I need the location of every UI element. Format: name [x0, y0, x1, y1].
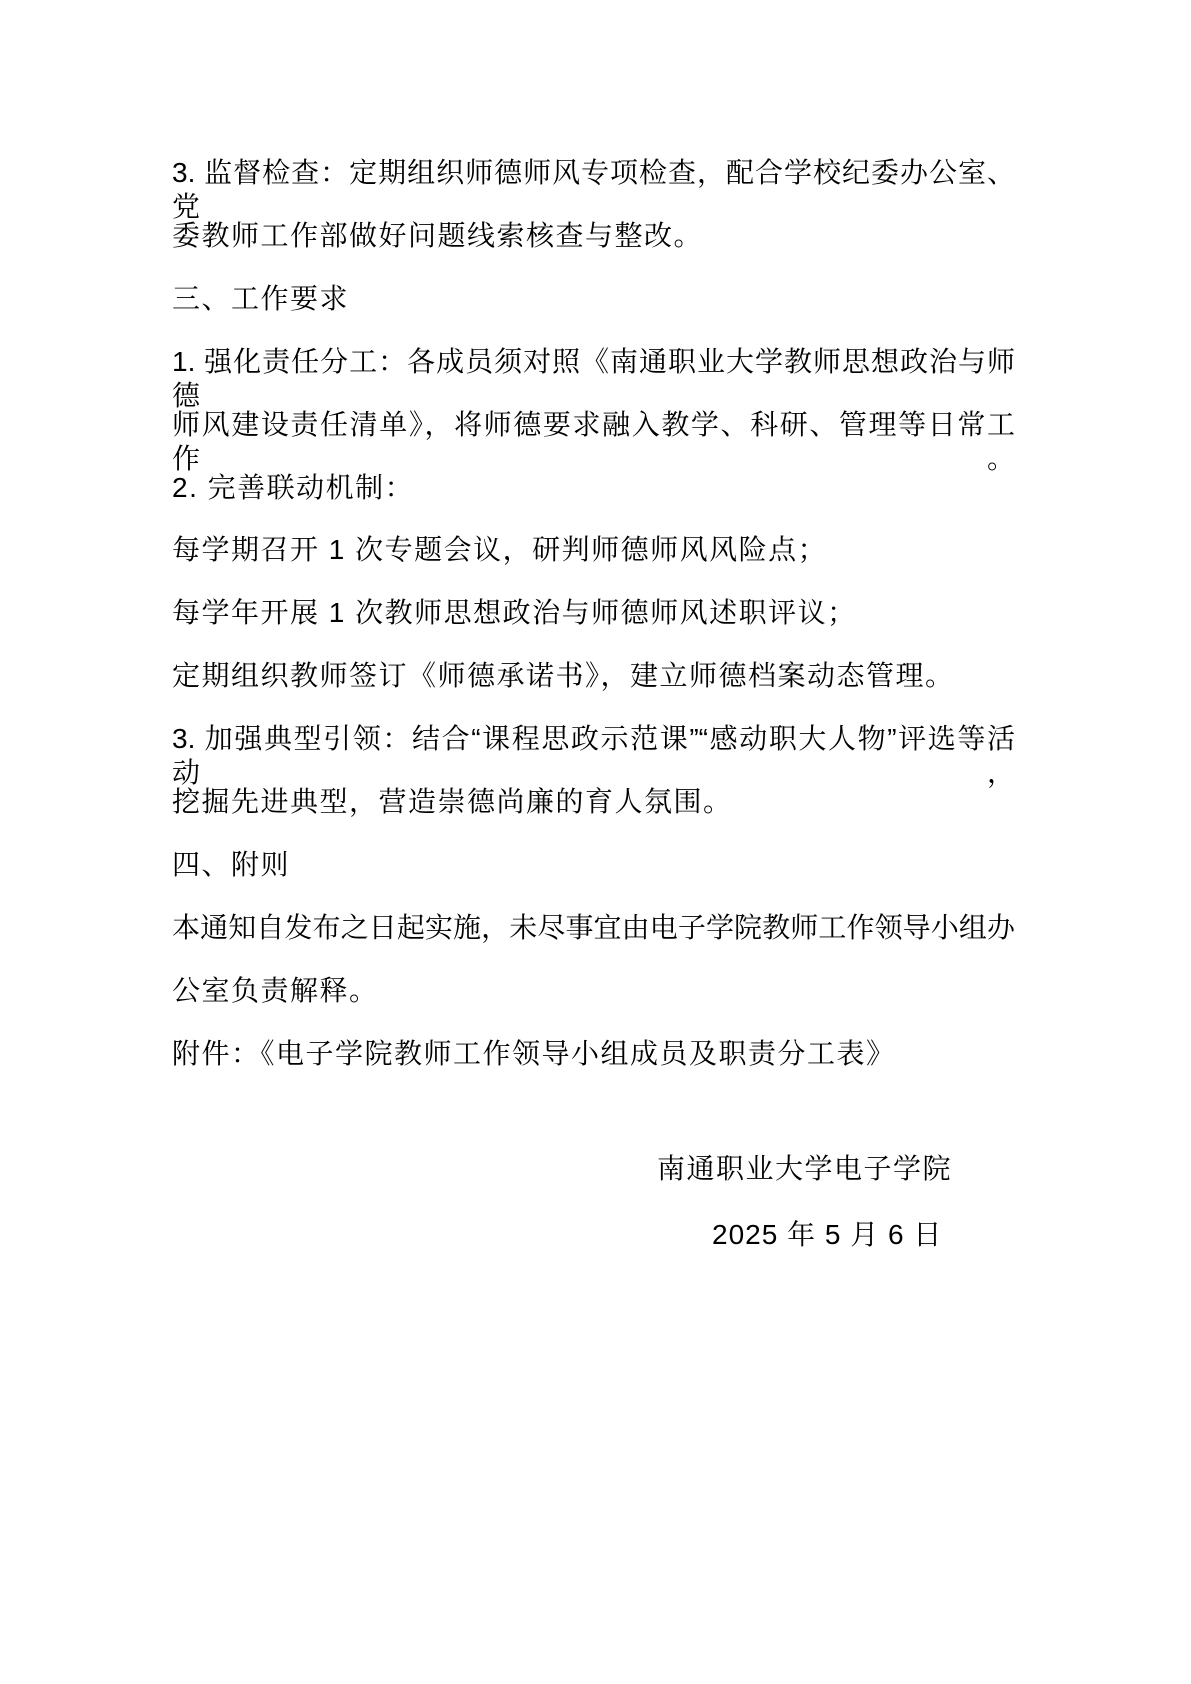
signature-date: 2025 年 5 月 6 日 [712, 1218, 942, 1252]
body-line: 2. 完善联动机制： [172, 471, 414, 507]
body-line: 挖掘先进典型，营造崇德尚廉的育人氛围。 [172, 785, 733, 821]
section-heading: 四、附则 [172, 848, 290, 884]
signature-org: 南通职业大学电子学院 [657, 1152, 952, 1186]
section-heading: 三、工作要求 [172, 282, 349, 318]
body-line: 本通知自发布之日起实施，未尽事宜由电子学院教师工作领导小组办 [172, 911, 1015, 947]
body-line: 每学年开展 1 次教师思想政治与师德师风述职评议； [172, 596, 857, 632]
body-line: 定期组织教师签订《师德承诺书》，建立师德档案动态管理。 [172, 659, 955, 695]
body-line: 师风建设责任清单》，将师德要求融入教学、科研、管理等日常工作。 [172, 408, 1015, 444]
body-line: 3. 监督检查：定期组织师德师风专项检查，配合学校纪委办公室、党 [172, 156, 1015, 192]
body-line: 每学期召开 1 次专题会议，研判师德师风风险点； [172, 533, 827, 569]
body-line: 委教师工作部做好问题线索核查与整改。 [172, 219, 703, 255]
document-page: 3. 监督检查：定期组织师德师风专项检查，配合学校纪委办公室、党 委教师工作部做… [0, 0, 1191, 1684]
body-line: 公室负责解释。 [172, 974, 379, 1010]
body-line: 3. 加强典型引领：结合“课程思政示范课”“感动职大人物”评选等活动， [172, 722, 1015, 758]
body-line: 1. 强化责任分工：各成员须对照《南通职业大学教师思想政治与师德 [172, 345, 1015, 381]
attachment-line: 附件：《电子学院教师工作领导小组成员及职责分工表》 [172, 1037, 896, 1073]
